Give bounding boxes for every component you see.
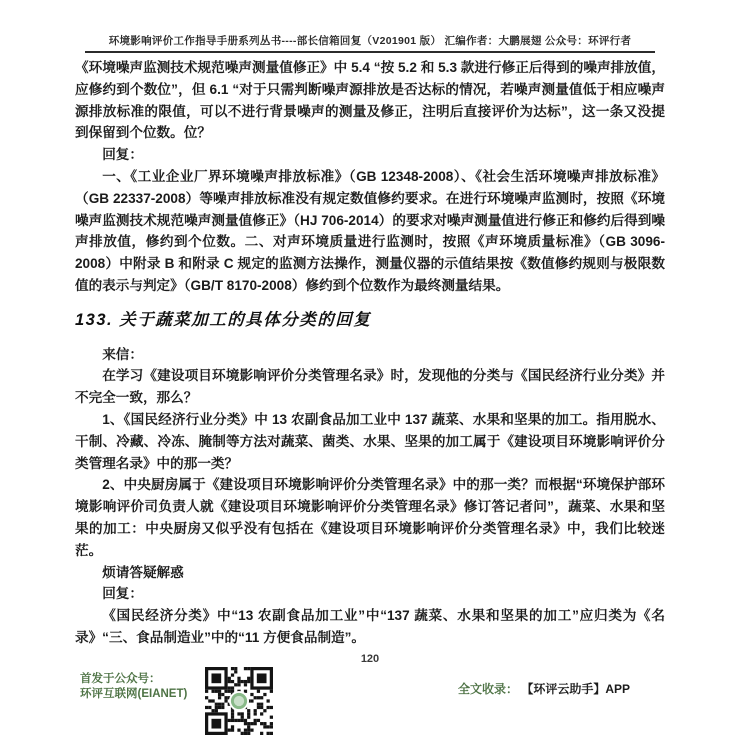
letter-paragraph: 2、中央厨房属于《建设项目环境影响评价分类管理名录》中的那一类？而根据“环境保护… bbox=[75, 474, 665, 561]
collection-app-name: 【环评云助手】APP bbox=[521, 682, 630, 696]
noise-reply-paragraph: 一、《工业企业厂界环境噪声排放标准》（GB 12348-2008）、《社会生活环… bbox=[75, 166, 665, 297]
document-page: 环境影响评价工作指导手册系列丛书----部长信箱回复（V201901 版） 汇编… bbox=[0, 0, 740, 740]
noise-question-continued-paragraph: 《环境噪声监测技术规范噪声测量值修正》中 5.4 “按 5.2 和 5.3 款进… bbox=[75, 57, 665, 144]
publisher-line2: 环评互联网(EIANET) bbox=[80, 687, 187, 702]
publisher-line1: 首发于公众号： bbox=[80, 672, 187, 687]
reply-label: 回复： bbox=[75, 583, 665, 605]
collection-note: 全文收录： 【环评云助手】APP bbox=[458, 681, 630, 697]
qr-code-icon bbox=[205, 666, 273, 736]
running-head: 环境影响评价工作指导手册系列丛书----部长信箱回复（V201901 版） 汇编… bbox=[85, 33, 655, 53]
reply-label: 回复： bbox=[75, 144, 665, 166]
classification-reply-paragraph: 《国民经济分类》中“13 农副食品加工业”中“137 蔬菜、水果和坚果的加工”应… bbox=[75, 605, 665, 649]
collection-label: 全文收录： bbox=[458, 682, 518, 696]
section-133-heading: 133. 关于蔬菜加工的具体分类的回复 bbox=[75, 310, 665, 332]
letter-paragraph: 1、《国民经济行业分类》中 13 农副食品加工业中 137 蔬菜、水果和坚果的加… bbox=[75, 409, 665, 474]
publisher-note: 首发于公众号： 环评互联网(EIANET) bbox=[80, 672, 187, 702]
page-number: 120 bbox=[0, 653, 740, 665]
letter-label: 来信： bbox=[75, 344, 665, 366]
letter-paragraph: 烦请答疑解惑 bbox=[75, 562, 665, 584]
letter-paragraph: 在学习《建设项目环境影响评价分类管理名录》时，发现他的分类与《国民经济行业分类》… bbox=[75, 365, 665, 409]
page-body: 《环境噪声监测技术规范噪声测量值修正》中 5.4 “按 5.2 和 5.3 款进… bbox=[75, 57, 665, 649]
qr-code-image bbox=[205, 666, 273, 736]
